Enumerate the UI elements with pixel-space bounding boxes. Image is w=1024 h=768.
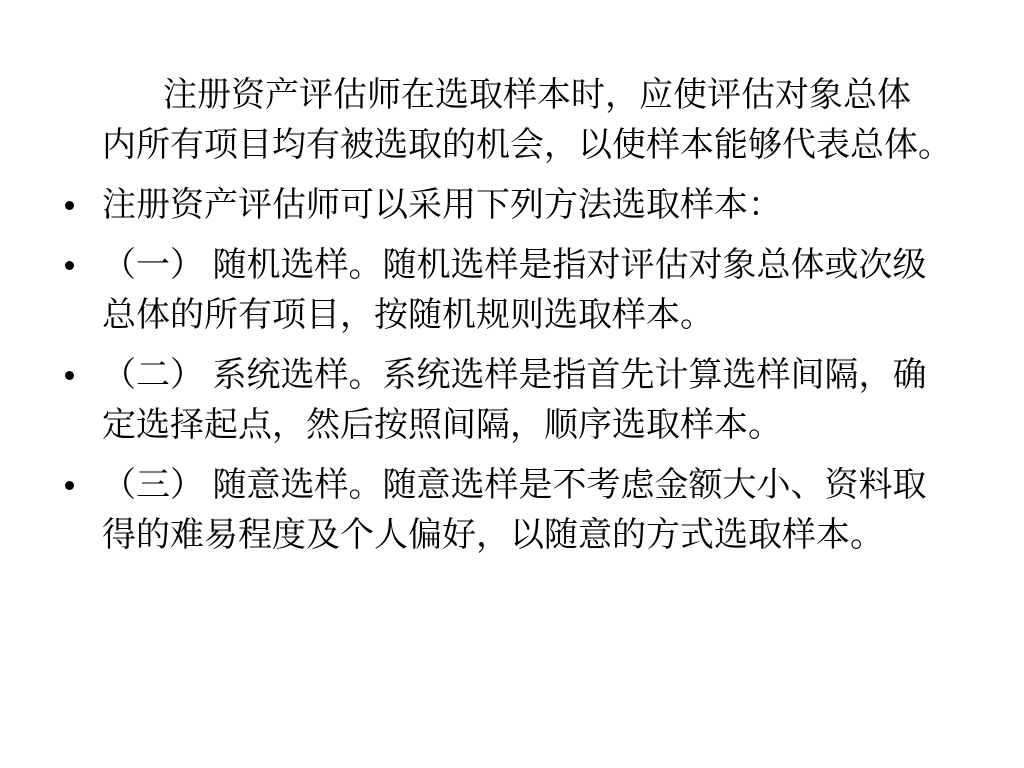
text-line: （一） 随机选样。随机选样是指对评估对象总体或次级 xyxy=(102,241,970,291)
bullet-dot-icon xyxy=(65,481,74,490)
bullet-paragraph-systematic-sampling: （二） 系统选样。系统选样是指首先计算选样间隔，确 定选择起点，然后按照间隔，顺… xyxy=(65,351,970,451)
text-line: 内所有项目均有被选取的机会，以使样本能够代表总体。 xyxy=(102,121,970,171)
text-line: 定选择起点，然后按照间隔，顺序选取样本。 xyxy=(102,401,970,451)
bullet-text: （一） 随机选样。随机选样是指对评估对象总体或次级 总体的所有项目，按随机规则选… xyxy=(102,241,970,341)
intro-paragraph: 注册资产评估师在选取样本时，应使评估对象总体 内所有项目均有被选取的机会，以使样… xyxy=(102,71,970,171)
bullet-text: （二） 系统选样。系统选样是指首先计算选样间隔，确 定选择起点，然后按照间隔，顺… xyxy=(102,351,970,451)
bullet-paragraph-haphazard-sampling: （三） 随意选样。随意选样是不考虑金额大小、资料取 得的难易程度及个人偏好，以随… xyxy=(65,461,970,561)
text-line: 总体的所有项目，按随机规则选取样本。 xyxy=(102,291,970,341)
presentation-slide: 注册资产评估师在选取样本时，应使评估对象总体 内所有项目均有被选取的机会，以使样… xyxy=(0,0,1024,768)
text-line: （三） 随意选样。随意选样是不考虑金额大小、资料取 xyxy=(102,461,970,511)
bullet-paragraph-random-sampling: （一） 随机选样。随机选样是指对评估对象总体或次级 总体的所有项目，按随机规则选… xyxy=(65,241,970,341)
bullet-dot-icon xyxy=(65,261,74,270)
slide-body: 注册资产评估师在选取样本时，应使评估对象总体 内所有项目均有被选取的机会，以使样… xyxy=(65,71,970,561)
text-line: 注册资产评估师在选取样本时，应使评估对象总体 xyxy=(102,71,970,121)
bullet-dot-icon xyxy=(65,371,74,380)
text-line: 注册资产评估师可以采用下列方法选取样本： xyxy=(102,181,970,231)
bullet-paragraph-methods-intro: 注册资产评估师可以采用下列方法选取样本： xyxy=(65,181,970,231)
bullet-text: （三） 随意选样。随意选样是不考虑金额大小、资料取 得的难易程度及个人偏好，以随… xyxy=(102,461,970,561)
bullet-text: 注册资产评估师可以采用下列方法选取样本： xyxy=(102,181,970,231)
text-line: 得的难易程度及个人偏好，以随意的方式选取样本。 xyxy=(102,511,970,561)
text-line: （二） 系统选样。系统选样是指首先计算选样间隔，确 xyxy=(102,351,970,401)
bullet-dot-icon xyxy=(65,201,74,210)
